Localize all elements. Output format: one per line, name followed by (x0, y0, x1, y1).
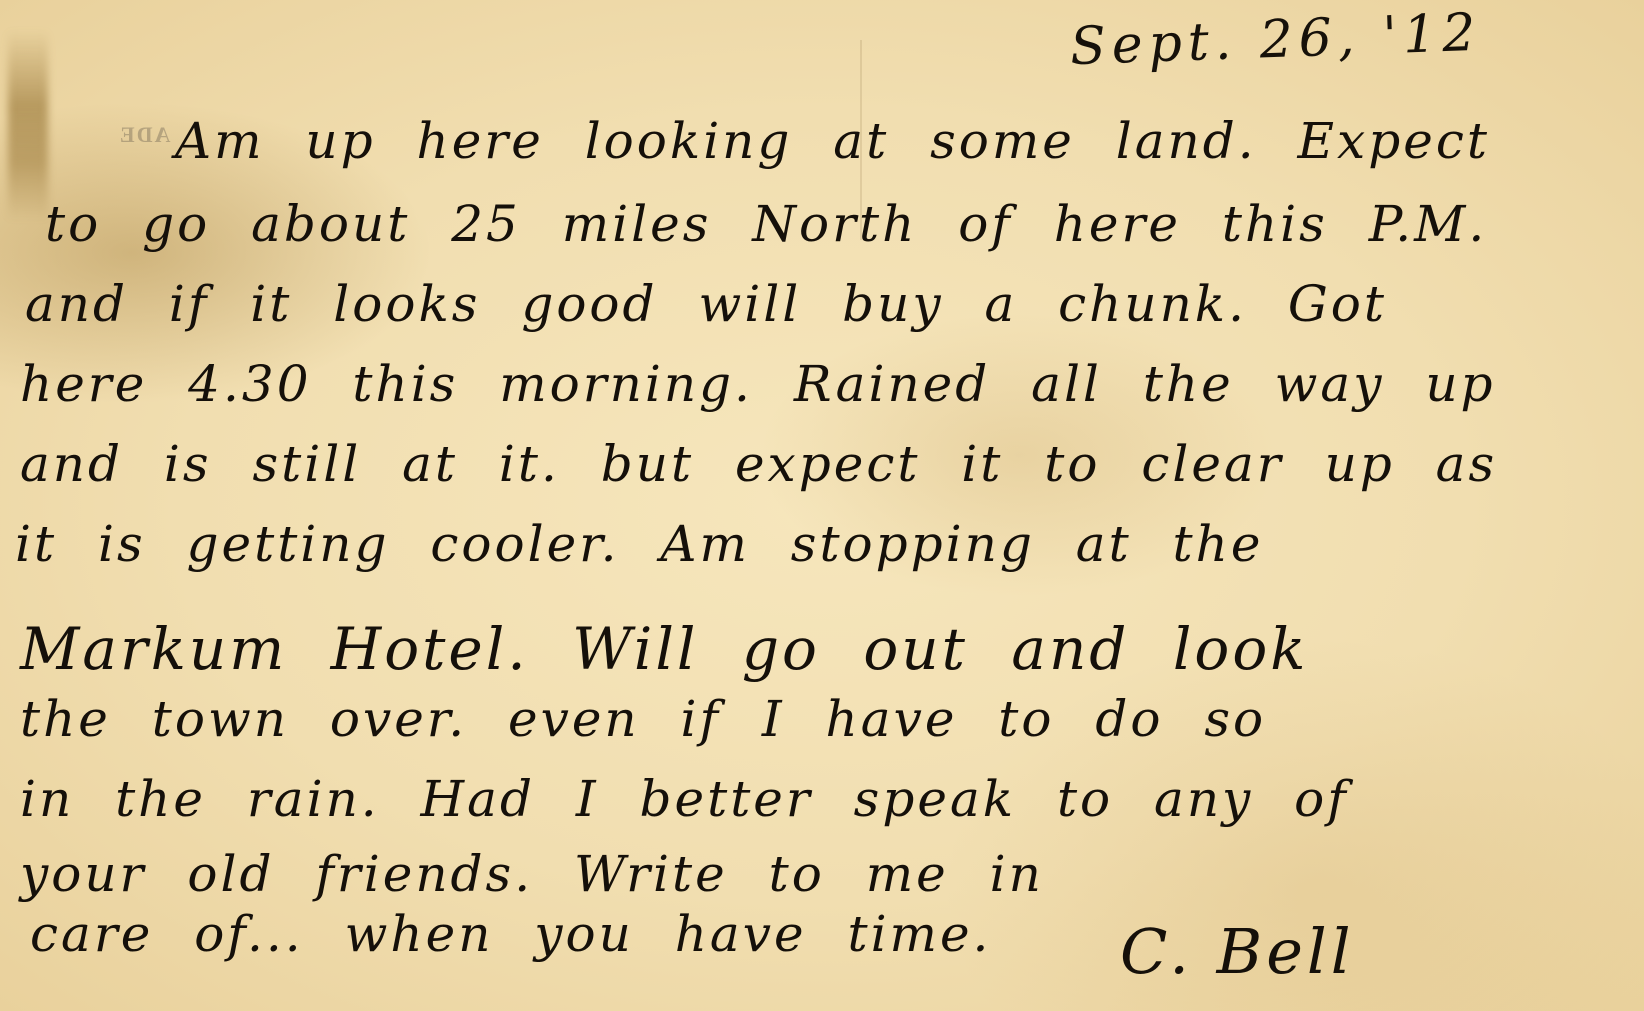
bleed-through-mark: ADE (118, 122, 170, 148)
message-line-9: in the rain. Had I better speak to any o… (20, 770, 1349, 828)
message-line-11: care of... when you have time. (30, 905, 991, 963)
message-line-2: to go about 25 miles North of here this … (45, 195, 1487, 253)
message-line-1: Am up here looking at some land. Expect (175, 112, 1490, 170)
message-line-10: your old friends. Write to me in (20, 845, 1044, 903)
message-line-6: it is getting cooler. Am stopping at the (15, 515, 1263, 573)
postcard-date: Sept. 26, '12 (1069, 3, 1482, 77)
age-stain (8, 30, 48, 220)
signature: C. Bell (1120, 915, 1355, 988)
message-line-4: here 4.30 this morning. Rained all the w… (20, 355, 1496, 413)
postcard: ADE Sept. 26, '12 Am up here looking at … (0, 0, 1644, 1011)
message-line-7: Markum Hotel. Will go out and look (20, 615, 1308, 683)
message-line-8: the town over. even if I have to do so (20, 690, 1266, 748)
message-line-3: and if it looks good will buy a chunk. G… (25, 275, 1387, 333)
message-line-5: and is still at it. but expect it to cle… (20, 435, 1497, 493)
